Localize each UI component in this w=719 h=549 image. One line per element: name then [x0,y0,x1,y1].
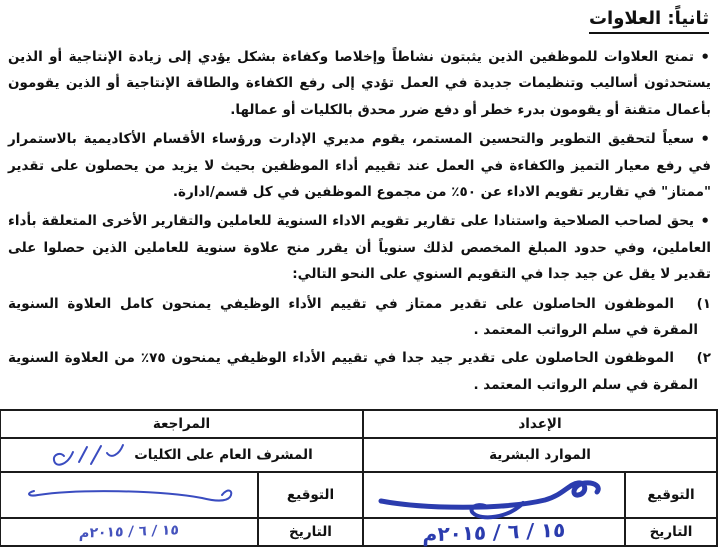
numbered-item-2: ٢) الموظفون الحاصلون على تقدير جيد جدا ف… [8,345,711,398]
title-row: ثانياً: العلاوات [8,8,709,34]
review-date-label: التاريخ [258,518,363,546]
review-signature-label: التوقيع [258,472,363,518]
table-role-row: الموارد البشرية المشرف العام على الكليات [0,438,717,472]
preparation-role-cell: الموارد البشرية [363,438,717,472]
review-signature-cell [0,472,258,518]
item-text-1: الموظفون الحاصلون على تقدير ممتاز في تقي… [8,296,698,338]
item-number-1: ١) [697,291,711,317]
signature-table: الإعداد المراجعة الموارد البشرية المشرف … [0,409,718,547]
bullet-text-2: سعياً لتحقيق التطوير والتحسين المستمر، ي… [8,131,711,200]
preparation-header-cell: الإعداد [363,410,717,438]
page-title: ثانياً: العلاوات [589,8,709,34]
bullet-paragraph-2: • سعياً لتحقيق التطوير والتحسين المستمر،… [8,126,711,205]
numbered-item-1: ١) الموظفون الحاصلون على تقدير ممتاز في … [8,291,711,344]
review-header-cell: المراجعة [0,410,363,438]
review-initials-scribble-icon [50,441,128,469]
bullet-text-3: يحق لصاحب الصلاحية واستنادا على تقارير ت… [8,213,711,282]
bullet-icon: • [700,208,710,234]
preparation-signature-cell [363,472,625,518]
review-role-cell: المشرف العام على الكليات [0,438,363,472]
preparation-date-label: التاريخ [625,518,717,546]
table-header-row: الإعداد المراجعة [0,410,717,438]
item-number-2: ٢) [697,345,711,371]
bullet-paragraph-3: • يحق لصاحب الصلاحية واستنادا على تقارير… [8,208,711,287]
table-signature-row: التوقيع التوقيع [0,472,717,518]
bullet-text-1: تمنح العلاوات للموظفين الذين يثبتون نشاط… [8,49,711,118]
hr-signature-icon [368,475,620,515]
review-date-cell: ١٥ / ٦ / ٢٠١٥م [0,518,258,546]
review-date-handwriting: ١٥ / ٦ / ٢٠١٥م [5,521,254,544]
bullet-icon: • [700,126,710,152]
table-date-row: التاريخ ١٥ / ٦ / ٢٠١٥م التاريخ ١٥ / ٦ / … [0,518,717,546]
document-page: ثانياً: العلاوات • تمنح العلاوات للموظفي… [0,0,719,549]
preparation-signature-label: التوقيع [625,472,717,518]
item-text-2: الموظفون الحاصلون على تقدير جيد جدا في ت… [8,350,698,392]
preparation-date-cell: ١٥ / ٦ / ٢٠١٥م [363,518,625,546]
review-role-label: المشرف العام على الكليات [134,447,313,463]
bullet-paragraph-1: • تمنح العلاوات للموظفين الذين يثبتون نش… [8,44,711,123]
bullet-icon: • [700,44,710,70]
preparation-date-handwriting: ١٥ / ٦ / ٢٠١٥م [368,518,621,547]
supervisor-signature-icon [5,483,253,507]
